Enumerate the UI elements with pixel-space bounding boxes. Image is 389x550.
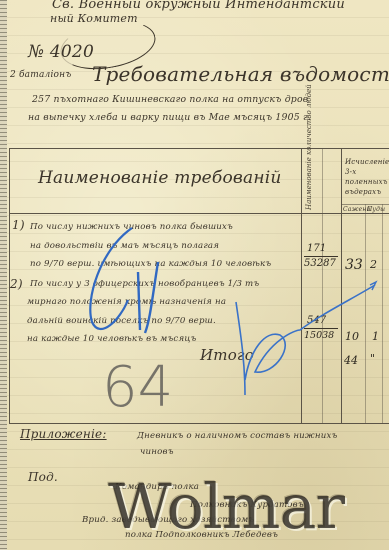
attachment-text-line-2: чиновъ bbox=[140, 447, 174, 457]
attachment-text-line-1: Дневникъ о наличномъ составъ нижнихъ bbox=[137, 431, 337, 441]
pencil-number-64: 64 bbox=[102, 355, 173, 420]
blue-signature bbox=[236, 285, 375, 395]
attachment-label: Приложеніе: bbox=[20, 427, 107, 441]
blue-mark-four bbox=[138, 262, 158, 333]
blue-mark-six bbox=[90, 228, 132, 329]
blue-pencil-marks bbox=[0, 0, 389, 550]
signed-prefix: Под. bbox=[28, 470, 58, 484]
watermark-logo: Wolmar bbox=[108, 470, 344, 543]
